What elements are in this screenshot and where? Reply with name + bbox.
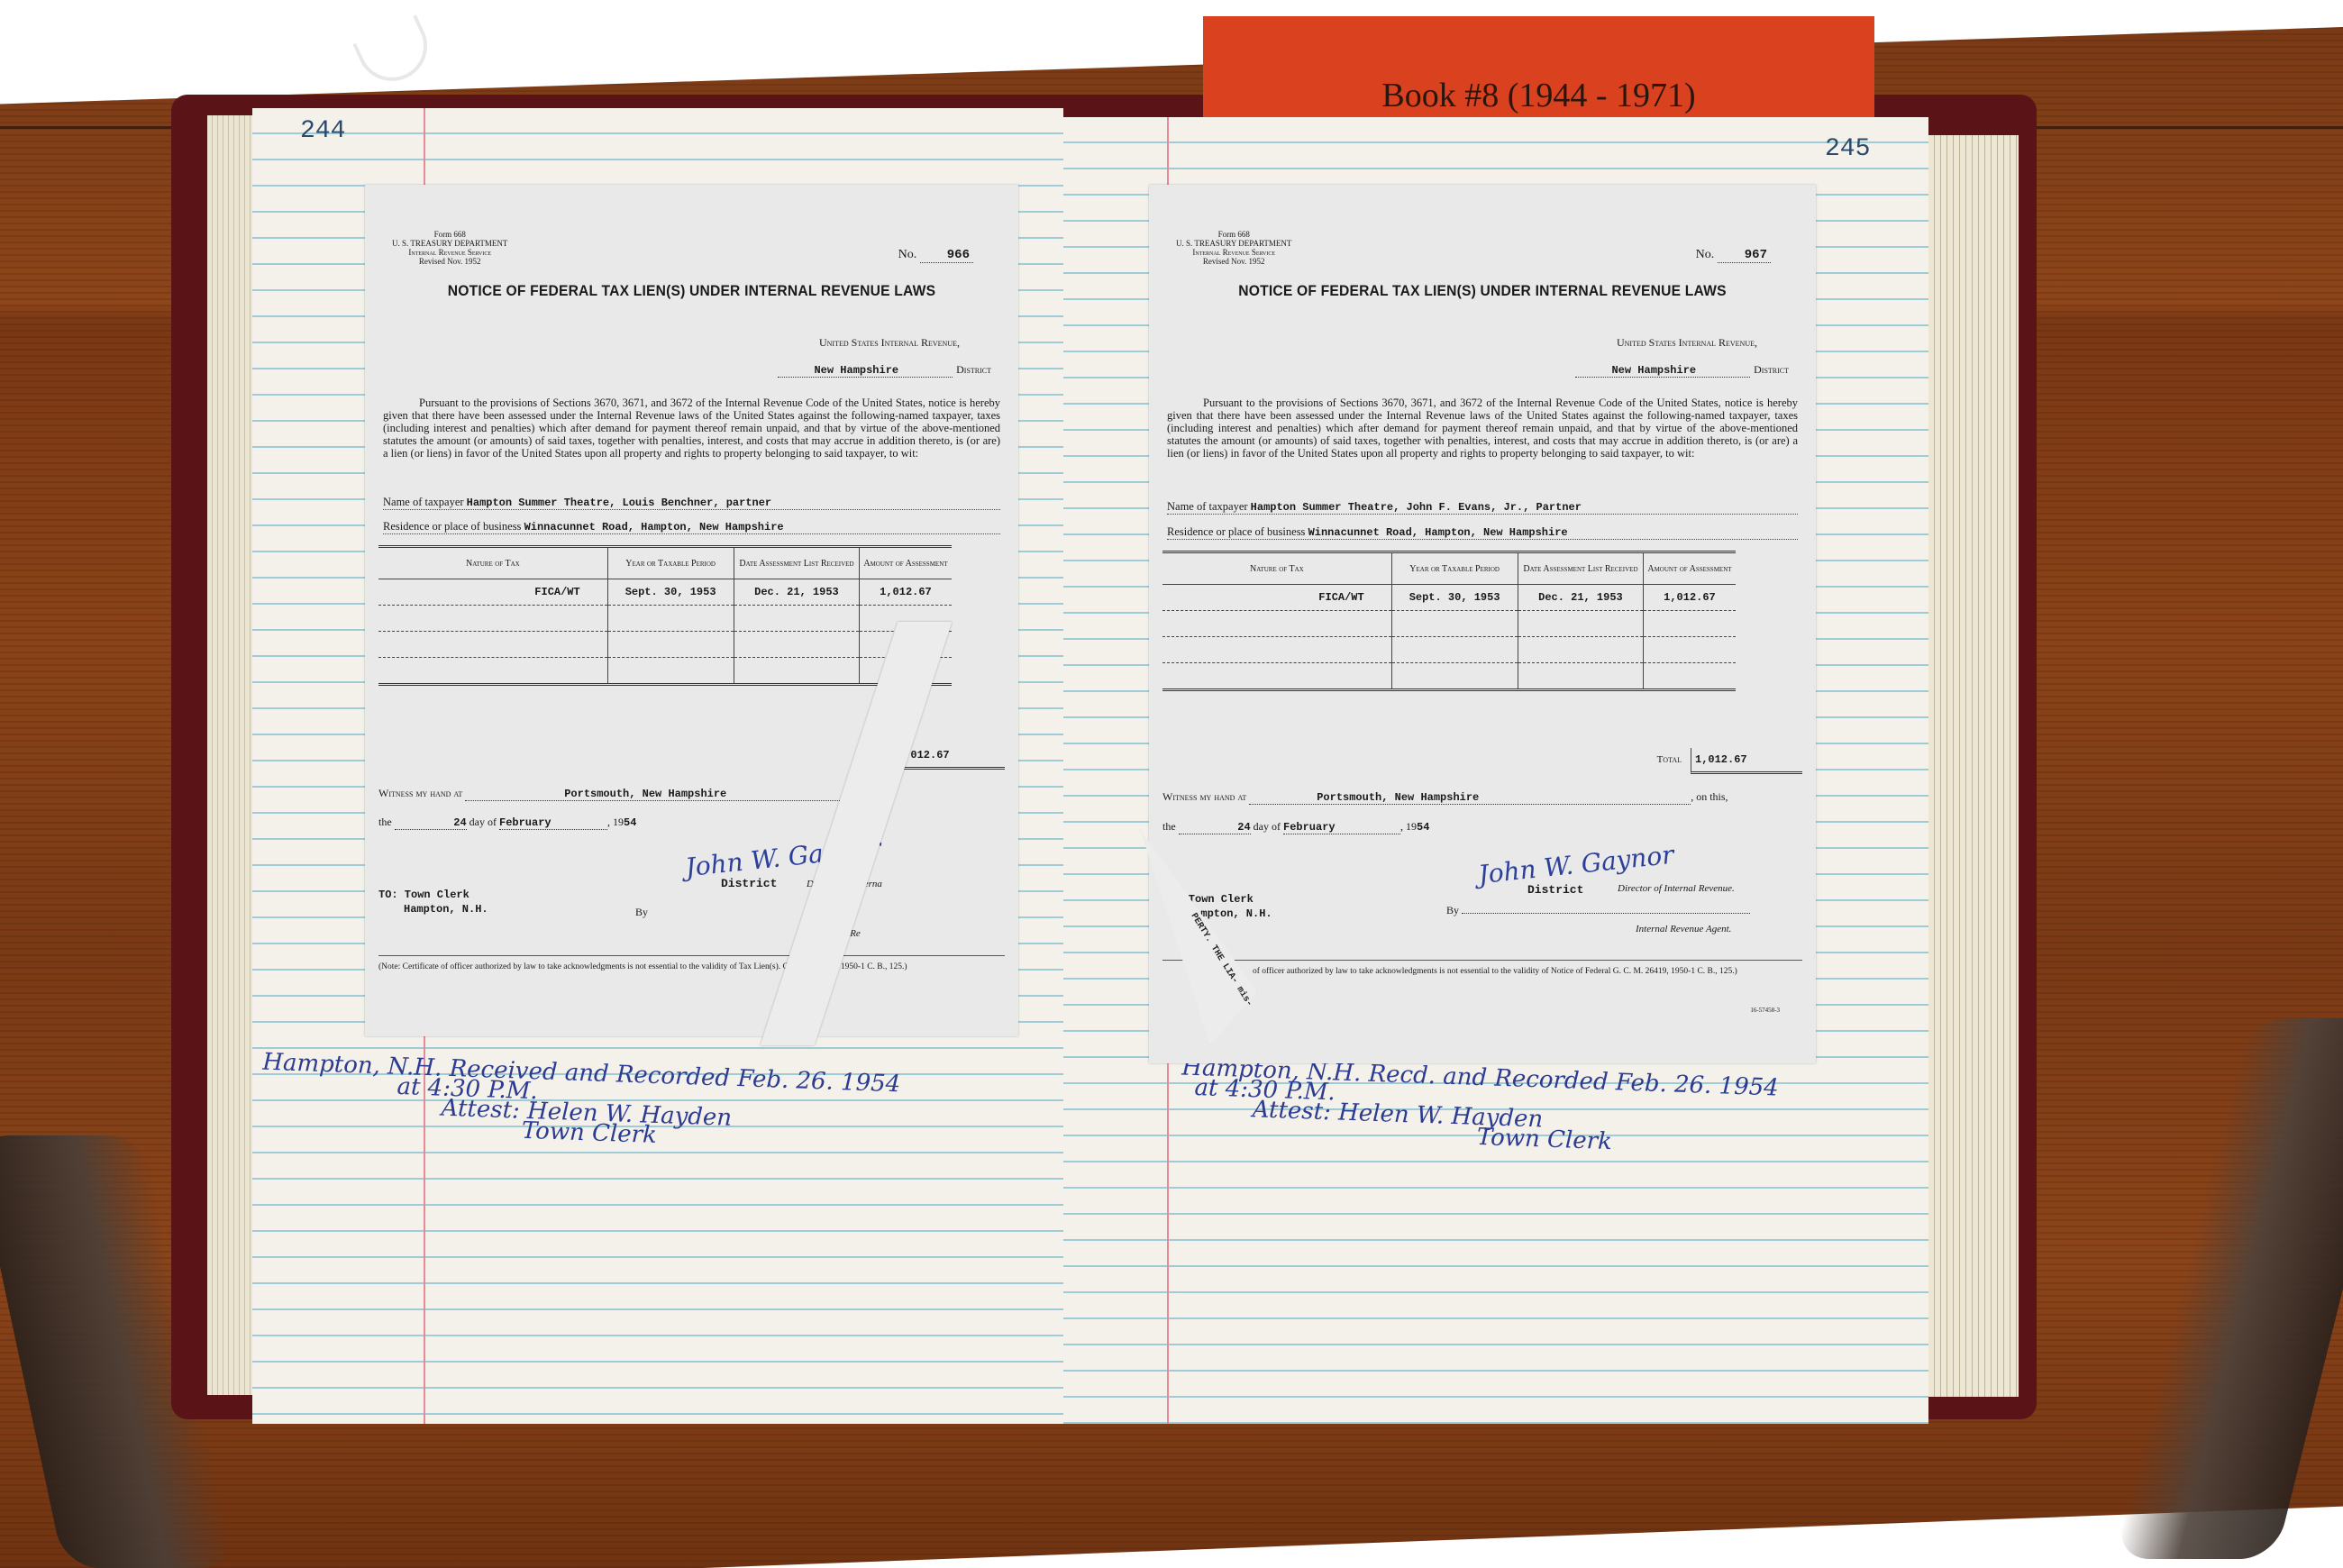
residence-field: Residence or place of business Winnacunn… xyxy=(383,520,1000,534)
district-line: New HampshireDistrict xyxy=(1575,363,1789,377)
form-note: (Note: Certificate of officer authorized… xyxy=(378,955,1005,972)
col-date: Date Assessment List Received xyxy=(1518,552,1644,585)
usir-label: United States Internal Revenue, xyxy=(1617,336,1757,350)
table-row xyxy=(378,632,952,658)
cell: Sept. 30, 1953 xyxy=(1391,585,1518,611)
table-row: FICA/WTSept. 30, 1953Dec. 21, 19531,012.… xyxy=(1162,585,1736,611)
page-number-left: 244 xyxy=(300,117,345,145)
table-row xyxy=(1162,637,1736,663)
district-label: District xyxy=(956,363,991,376)
recipient-block: TO: Town ClerkHampton, N.H. xyxy=(378,888,488,916)
col-period: Year or Taxable Period xyxy=(607,547,734,579)
form-number: Form 668 xyxy=(392,230,507,239)
page-edges-right xyxy=(1928,135,2019,1397)
district-value: New Hampshire xyxy=(778,364,953,378)
form-note: of officer authorized by law to take ack… xyxy=(1162,960,1802,977)
by-line: By xyxy=(1446,904,1750,917)
notice-number: No. 967 xyxy=(1696,248,1771,262)
col-period: Year or Taxable Period xyxy=(1391,552,1518,585)
cell: FICA/WT xyxy=(378,579,607,606)
table-row xyxy=(378,606,952,632)
form-title: NOTICE OF FEDERAL TAX LIEN(S) UNDER INTE… xyxy=(391,282,992,300)
day-value: 24 xyxy=(395,816,467,830)
district-label: District xyxy=(1754,363,1789,376)
by-line: By xyxy=(635,906,648,919)
assessment-table: Nature of Tax Year or Taxable Period Dat… xyxy=(1162,551,1736,691)
notice-number: No. 966 xyxy=(898,248,973,262)
witness-place: Portsmouth, New Hampshire xyxy=(1249,791,1691,805)
paper-clip-icon xyxy=(352,14,439,92)
form-header: Form 668 U. S. TREASURY DEPARTMENT Inter… xyxy=(1176,230,1291,266)
residence-label: Residence or place of business xyxy=(383,520,521,533)
col-amount: Amount of Assessment xyxy=(1644,552,1736,585)
agent-label: Internal Revenue Agent. xyxy=(1636,924,1731,934)
cell: 1,012.67 xyxy=(1644,585,1736,611)
day-value: 24 xyxy=(1179,821,1251,834)
total-value: 1,012.67 xyxy=(1691,748,1802,774)
district-stamp: District xyxy=(721,877,777,890)
total-row: Total1,012.67 xyxy=(1657,748,1802,774)
year-prefix: , 19 xyxy=(1400,820,1417,833)
taxpayer-value: Hampton Summer Theatre, John F. Evans, J… xyxy=(1251,501,1582,514)
form-title: NOTICE OF FEDERAL TAX LIEN(S) UNDER INTE… xyxy=(1176,282,1790,300)
table-row xyxy=(1162,663,1736,690)
district-line: New HampshireDistrict xyxy=(778,363,991,377)
tax-lien-notice-966: Form 668 U. S. TREASURY DEPARTMENT Inter… xyxy=(365,185,1018,1036)
col-date: Date Assessment List Received xyxy=(734,547,860,579)
taxpayer-field: Name of taxpayer Hampton Summer Theatre,… xyxy=(1167,500,1798,515)
book-index-label: Book #8 (1944 - 1971) xyxy=(1203,76,1874,115)
the-label: the xyxy=(1162,820,1176,833)
witness-label: Witness my hand at xyxy=(378,787,462,799)
department: U. S. TREASURY DEPARTMENT xyxy=(392,239,507,248)
service: Internal Revenue Service xyxy=(392,248,507,257)
page-number-right: 245 xyxy=(1825,135,1870,163)
taxpayer-value: Hampton Summer Theatre, Louis Benchner, … xyxy=(467,497,771,509)
month-value: February xyxy=(499,816,607,830)
table-row xyxy=(1162,611,1736,637)
residence-value: Winnacunnet Road, Hampton, New Hampshire xyxy=(524,521,784,533)
residence-field: Residence or place of business Winnacunn… xyxy=(1167,525,1798,540)
cell: 1,012.67 xyxy=(860,579,952,606)
year-prefix: , 19 xyxy=(607,816,624,828)
no-value: 967 xyxy=(1718,248,1771,263)
witness-label: Witness my hand at xyxy=(1162,790,1246,803)
district-value: New Hampshire xyxy=(1575,364,1750,378)
director-signature: John W. Gaynor xyxy=(1477,840,1675,890)
day-of-label: day of xyxy=(1254,820,1281,833)
witness-line: Witness my hand at Portsmouth, New Hamps… xyxy=(378,787,869,801)
revised-date: Revised Nov. 1952 xyxy=(392,257,507,266)
by-label: By xyxy=(1446,904,1459,916)
revised-date: Revised Nov. 1952 xyxy=(1176,257,1291,266)
department: U. S. TREASURY DEPARTMENT xyxy=(1176,239,1291,248)
cell: FICA/WT xyxy=(1162,585,1391,611)
assessment-table: Nature of Tax Year or Taxable Period Dat… xyxy=(378,545,952,686)
the-label: the xyxy=(378,816,392,828)
no-label: No. xyxy=(898,248,917,261)
no-value: 966 xyxy=(920,248,973,263)
table-row xyxy=(378,658,952,685)
total-label: Total xyxy=(1657,754,1682,765)
cell: Dec. 21, 1953 xyxy=(1518,585,1644,611)
col-nature: Nature of Tax xyxy=(1162,552,1391,585)
witness-place: Portsmouth, New Hampshire xyxy=(465,788,852,801)
table-row: FICA/WTSept. 30, 1953Dec. 21, 19531,012.… xyxy=(378,579,952,606)
date-line: the 24 day of February, 1954 xyxy=(378,816,636,830)
year-value: 54 xyxy=(1417,821,1429,834)
taxpayer-label: Name of taxpayer xyxy=(383,496,464,508)
form-header: Form 668 U. S. TREASURY DEPARTMENT Inter… xyxy=(392,230,507,266)
month-value: February xyxy=(1283,821,1400,834)
cell: Dec. 21, 1953 xyxy=(734,579,860,606)
director-label: Director of Internal Revenue. xyxy=(1618,883,1735,894)
usir-label: United States Internal Revenue, xyxy=(819,336,960,350)
residence-label: Residence or place of business xyxy=(1167,525,1305,538)
cell: Sept. 30, 1953 xyxy=(607,579,734,606)
day-of-label: day of xyxy=(470,816,497,828)
witness-suffix: , on this, xyxy=(1691,790,1728,803)
service: Internal Revenue Service xyxy=(1176,248,1291,257)
taxpayer-field: Name of taxpayer Hampton Summer Theatre,… xyxy=(383,496,1000,510)
witness-line: Witness my hand at Portsmouth, New Hamps… xyxy=(1162,790,1728,805)
col-nature: Nature of Tax xyxy=(378,547,607,579)
no-label: No. xyxy=(1696,248,1715,261)
taxpayer-label: Name of taxpayer xyxy=(1167,500,1248,513)
book-index-tab: Book #8 (1944 - 1971) xyxy=(1203,16,1874,123)
recipient-line-1: TO: Town Clerk xyxy=(378,888,488,902)
print-code: 16-57458-3 xyxy=(1750,1007,1780,1014)
statute-paragraph: Pursuant to the provisions of Sections 3… xyxy=(383,397,1000,460)
statute-paragraph: Pursuant to the provisions of Sections 3… xyxy=(1167,397,1798,460)
col-amount: Amount of Assessment xyxy=(860,547,952,579)
district-stamp: District xyxy=(1527,883,1583,897)
tax-lien-notice-967: Form 668 U. S. TREASURY DEPARTMENT Inter… xyxy=(1149,185,1816,1063)
form-number: Form 668 xyxy=(1176,230,1291,239)
date-line: the 24 day of February, 1954 xyxy=(1162,820,1429,834)
residence-value: Winnacunnet Road, Hampton, New Hampshire xyxy=(1308,526,1568,539)
year-value: 54 xyxy=(624,816,636,829)
recipient-line-2: Hampton, N.H. xyxy=(378,902,488,916)
